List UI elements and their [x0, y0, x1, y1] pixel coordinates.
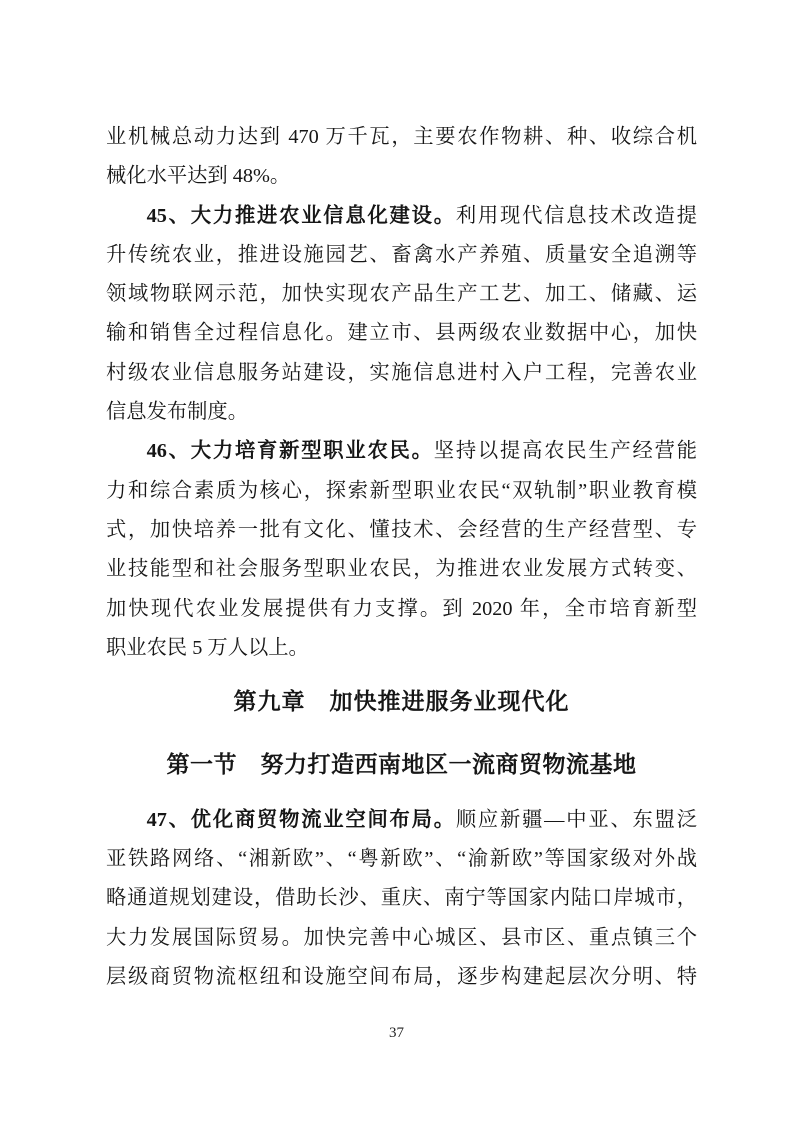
text-line: 领域物联网示范，加快实现农产品生产工艺、加工、储藏、运 [106, 275, 697, 314]
text-line: 输和销售全过程信息化。建立市、县两级农业数据中心，加快 [106, 314, 697, 353]
body-text-upper: 业机械总动力达到 470 万千瓦，主要农作物耕、种、收综合机械化水平达到 48%… [106, 118, 697, 668]
text-run: 力和综合素质为核心，探索新型职业农民“双轨制”职业教育模 [106, 480, 697, 502]
paragraph-45: 45、大力推进农业信息化建设。利用现代信息技术改造提升传统农业，推进设施园艺、畜… [106, 197, 697, 433]
text-run: 村级农业信息服务站建设，实施信息进村入户工程，完善农业 [106, 362, 697, 384]
text-line: 亚铁路网络、“湘新欧”、“粤新欧”、“渝新欧”等国家级对外战 [106, 840, 697, 879]
text-line: 层级商贸物流枢纽和设施空间布局，逐步构建起层次分明、特 [106, 958, 697, 997]
text-run: 业机械总动力达到 470 万千瓦，主要农作物耕、种、收综合机 [106, 126, 697, 148]
text-line: 村级农业信息服务站建设，实施信息进村入户工程，完善农业 [106, 354, 697, 393]
text-line: 力和综合素质为核心，探索新型职业农民“双轨制”职业教育模 [106, 472, 697, 511]
text-line: 45、大力推进农业信息化建设。利用现代信息技术改造提 [106, 197, 697, 236]
text-line: 信息发布制度。 [106, 393, 697, 432]
document-body: 业机械总动力达到 470 万千瓦，主要农作物耕、种、收综合机械化水平达到 48%… [106, 118, 697, 997]
chapter-heading: 第九章 加快推进服务业现代化 [106, 682, 697, 721]
text-run: 顺应新疆—中亚、东盟泛 [456, 809, 697, 831]
text-line: 47、优化商贸物流业空间布局。顺应新疆—中亚、东盟泛 [106, 801, 697, 840]
text-line: 业机械总动力达到 470 万千瓦，主要农作物耕、种、收综合机 [106, 118, 697, 157]
body-text-lower: 47、优化商贸物流业空间布局。顺应新疆—中亚、东盟泛亚铁路网络、“湘新欧”、“粤… [106, 801, 697, 997]
text-line: 大力发展国际贸易。加快完善中心城区、县市区、重点镇三个 [106, 919, 697, 958]
text-line: 46、大力培育新型职业农民。坚持以提高农民生产经营能 [106, 432, 697, 471]
text-run: 升传统农业，推进设施园艺、畜禽水产养殖、质量安全追溯等 [106, 244, 697, 266]
paragraph-47: 47、优化商贸物流业空间布局。顺应新疆—中亚、东盟泛亚铁路网络、“湘新欧”、“粤… [106, 801, 697, 997]
text-line: 略通道规划建设，借助长沙、重庆、南宁等国家内陆口岸城市， [106, 879, 697, 918]
text-run: 领域物联网示范，加快实现农产品生产工艺、加工、储藏、运 [106, 283, 697, 305]
section-heading: 第一节 努力打造西南地区一流商贸物流基地 [106, 745, 697, 784]
paragraph-44-continuation: 业机械总动力达到 470 万千瓦，主要农作物耕、种、收综合机械化水平达到 48%… [106, 118, 697, 197]
text-run: 输和销售全过程信息化。建立市、县两级农业数据中心，加快 [106, 322, 697, 344]
text-run: 层级商贸物流枢纽和设施空间布局，逐步构建起层次分明、特 [106, 966, 697, 988]
paragraph-46: 46、大力培育新型职业农民。坚持以提高农民生产经营能力和综合素质为核心，探索新型… [106, 432, 697, 668]
text-line: 加快现代农业发展提供有力支撑。到 2020 年，全市培育新型 [106, 590, 697, 629]
text-run: 职业农民 5 万人以上。 [106, 637, 309, 659]
text-run: 械化水平达到 48%。 [106, 165, 290, 187]
text-line: 升传统农业，推进设施园艺、畜禽水产养殖、质量安全追溯等 [106, 236, 697, 275]
text-run: 加快现代农业发展提供有力支撑。到 2020 年，全市培育新型 [106, 598, 697, 620]
text-line: 械化水平达到 48%。 [106, 157, 697, 196]
page-number: 37 [0, 1022, 793, 1044]
text-run: 坚持以提高农民生产经营能 [434, 440, 697, 462]
text-run: 略通道规划建设，借助长沙、重庆、南宁等国家内陆口岸城市， [106, 887, 697, 909]
text-run: 式，加快培养一批有文化、懂技术、会经营的生产经营型、专 [106, 519, 697, 541]
bold-run: 47、优化商贸物流业空间布局。 [147, 809, 456, 831]
text-line: 业技能型和社会服务型职业农民，为推进农业发展方式转变、 [106, 550, 697, 589]
text-run: 亚铁路网络、“湘新欧”、“粤新欧”、“渝新欧”等国家级对外战 [106, 848, 697, 870]
document-page: 业机械总动力达到 470 万千瓦，主要农作物耕、种、收综合机械化水平达到 48%… [0, 0, 793, 1122]
text-run: 大力发展国际贸易。加快完善中心城区、县市区、重点镇三个 [106, 927, 697, 949]
bold-run: 46、大力培育新型职业农民。 [147, 440, 434, 462]
text-run: 利用现代信息技术改造提 [456, 205, 697, 227]
bold-run: 45、大力推进农业信息化建设。 [147, 205, 456, 227]
text-line: 职业农民 5 万人以上。 [106, 629, 697, 668]
text-line: 式，加快培养一批有文化、懂技术、会经营的生产经营型、专 [106, 511, 697, 550]
text-run: 业技能型和社会服务型职业农民，为推进农业发展方式转变、 [106, 558, 697, 580]
text-run: 信息发布制度。 [106, 401, 248, 423]
